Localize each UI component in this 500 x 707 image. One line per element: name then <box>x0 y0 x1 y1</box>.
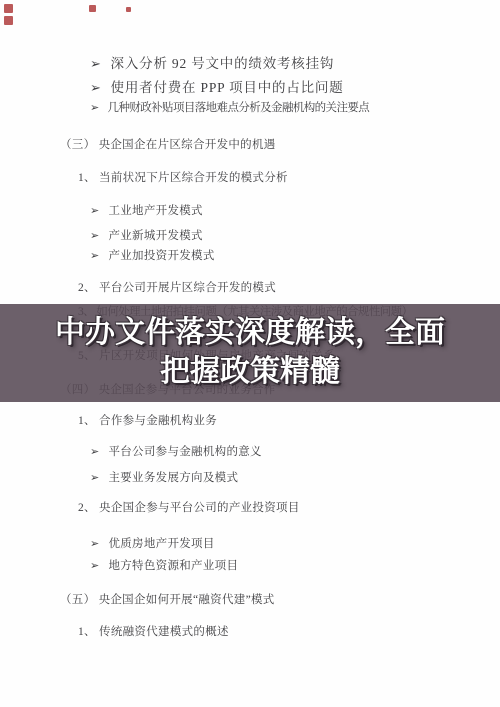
banner-title-line2: 把握政策精髓 <box>0 352 500 391</box>
outline-item-text: 1、 传统融资代建模式的概述 <box>78 626 229 638</box>
banner-title-line1: 中办文件落实深度解读，全面 <box>0 313 500 352</box>
arrow-bullet-icon: ➢ <box>90 471 99 485</box>
outline-item: （五） 央企国企如何开展“融资代建”模式 <box>60 593 275 607</box>
outline-item: ➢优质房地产开发项目 <box>90 537 215 551</box>
arrow-bullet-icon: ➢ <box>90 57 102 71</box>
arrow-bullet-icon: ➢ <box>90 229 99 243</box>
outline-item-text: 地方特色资源和产业项目 <box>108 560 238 572</box>
red-watermark-mark <box>89 5 96 12</box>
outline-item-text: 优质房地产开发项目 <box>108 538 214 550</box>
outline-item: 1、 传统融资代建模式的概述 <box>78 625 229 639</box>
outline-item-text: 2、 央企国企参与平台公司的产业投资项目 <box>78 502 300 514</box>
outline-item-text: 1、 合作参与金融机构业务 <box>78 415 217 427</box>
outline-item: ➢产业新城开发模式 <box>90 229 203 243</box>
outline-item: ➢深入分析 92 号文中的绩效考核挂钩 <box>90 57 334 71</box>
outline-item-text: 几种财政补贴项目落地难点分析及金融机构的关注要点 <box>108 102 370 114</box>
outline-item-text: 产业加投资开发模式 <box>108 250 214 262</box>
red-watermark-mark <box>4 4 13 13</box>
arrow-bullet-icon: ➢ <box>90 249 99 263</box>
outline-item-text: （五） 央企国企如何开展“融资代建”模式 <box>60 594 275 606</box>
arrow-bullet-icon: ➢ <box>90 204 99 218</box>
outline-item-text: 深入分析 92 号文中的绩效考核挂钩 <box>111 56 335 71</box>
outline-item: ➢平台公司参与金融机构的意义 <box>90 445 262 459</box>
arrow-bullet-icon: ➢ <box>90 445 99 459</box>
outline-item: 2、 平台公司开展片区综合开发的模式 <box>78 281 276 295</box>
arrow-bullet-icon: ➢ <box>90 101 99 115</box>
outline-item: ➢几种财政补贴项目落地难点分析及金融机构的关注要点 <box>90 101 369 115</box>
outline-item: ➢产业加投资开发模式 <box>90 249 215 263</box>
outline-item-text: 使用者付费在 PPP 项目中的占比问题 <box>111 80 344 95</box>
outline-item-text: 工业地产开发模式 <box>108 205 202 217</box>
arrow-bullet-icon: ➢ <box>90 559 99 573</box>
outline-item-text: （三） 央企国企在片区综合开发中的机遇 <box>60 139 276 151</box>
outline-item: （三） 央企国企在片区综合开发中的机遇 <box>60 138 276 152</box>
outline-item: 1、 合作参与金融机构业务 <box>78 414 217 428</box>
arrow-bullet-icon: ➢ <box>90 81 102 95</box>
outline-item-text: 产业新城开发模式 <box>108 230 202 242</box>
outline-item-text: 主要业务发展方向及模式 <box>108 472 238 484</box>
banner-overlay: 中办文件落实深度解读，全面 把握政策精髓 <box>0 304 500 402</box>
outline-item: ➢工业地产开发模式 <box>90 204 203 218</box>
red-watermark-mark <box>4 16 13 25</box>
outline-item: ➢使用者付费在 PPP 项目中的占比问题 <box>90 81 344 95</box>
document-page: ➢深入分析 92 号文中的绩效考核挂钩➢使用者付费在 PPP 项目中的占比问题➢… <box>0 0 500 707</box>
outline-item-text: 平台公司参与金融机构的意义 <box>108 446 261 458</box>
outline-item-text: 1、 当前状况下片区综合开发的模式分析 <box>78 172 288 184</box>
outline-item: 2、 央企国企参与平台公司的产业投资项目 <box>78 501 300 515</box>
outline-item: ➢主要业务发展方向及模式 <box>90 471 238 485</box>
arrow-bullet-icon: ➢ <box>90 537 99 551</box>
outline-item-text: 2、 平台公司开展片区综合开发的模式 <box>78 282 276 294</box>
red-watermark-mark <box>126 7 131 12</box>
outline-item: ➢地方特色资源和产业项目 <box>90 559 238 573</box>
banner-title: 中办文件落实深度解读，全面 把握政策精髓 <box>0 304 500 391</box>
outline-item: 1、 当前状况下片区综合开发的模式分析 <box>78 171 288 185</box>
